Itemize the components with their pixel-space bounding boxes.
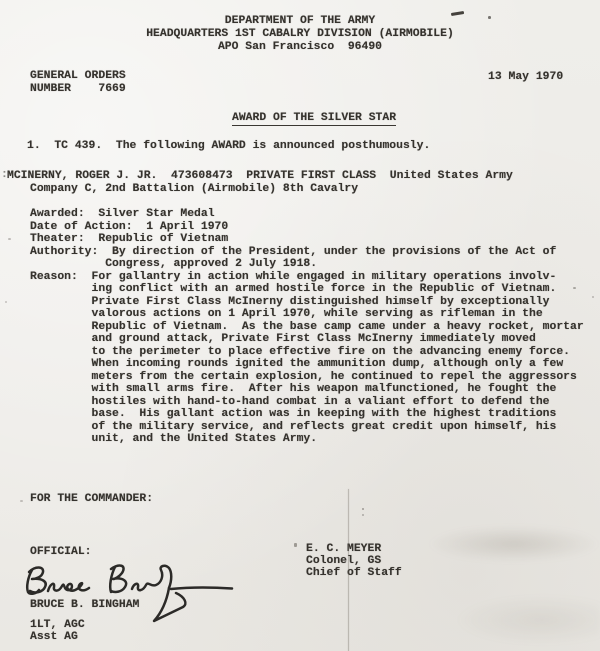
letterhead: DEPARTMENT OF THE ARMY HEADQUARTERS 1ST …	[0, 15, 600, 54]
order-title: AWARD OF THE SILVER STAR	[232, 112, 396, 126]
paper-speck	[362, 514, 364, 516]
commander-rank: Colonel, GS	[306, 555, 381, 567]
paper-speck	[20, 500, 23, 502]
commander-name: E. C. MEYER	[306, 543, 381, 555]
for-the-commander-line: FOR THE COMMANDER:	[30, 493, 153, 506]
paper-speck	[362, 508, 364, 510]
signer-role: Asst AG	[30, 631, 78, 644]
general-orders-number: GENERAL ORDERS NUMBER 7669	[30, 70, 126, 95]
paper-fold-line	[348, 489, 349, 651]
order-date: 13 May 1970	[488, 71, 563, 84]
scan-smudge-lower	[455, 595, 600, 645]
intro-line: 1. TC 439. The following AWARD is announ…	[27, 140, 430, 153]
paper-speck	[8, 238, 11, 240]
commander-block: E. C. MEYER Colonel, GS Chief of Staff	[306, 543, 402, 580]
paper-speck	[592, 296, 594, 298]
recipient-name-line: MCINERNY, ROGER J. JR. 473608473 PRIVATE…	[7, 170, 513, 183]
order-title-wrap: AWARD OF THE SILVER STAR	[232, 112, 396, 125]
paper-speck	[294, 543, 297, 547]
signer-name: BRUCE B. BINGHAM	[30, 599, 139, 612]
recipient-unit-line: Company C, 2nd Battalion (Airmobile) 8th…	[30, 183, 358, 196]
commander-role: Chief of Staff	[306, 567, 402, 579]
document-page: DEPARTMENT OF THE ARMY HEADQUARTERS 1ST …	[0, 0, 600, 651]
scan-dot	[488, 16, 491, 19]
paper-speck	[5, 301, 7, 303]
signer-rank: 1LT, AGC	[30, 619, 85, 632]
scan-smudge	[428, 526, 600, 562]
paper-speck	[573, 287, 576, 289]
official-label: OFFICIAL:	[30, 546, 92, 559]
award-details-citation: Awarded: Silver Star Medal Date of Actio…	[30, 208, 584, 446]
